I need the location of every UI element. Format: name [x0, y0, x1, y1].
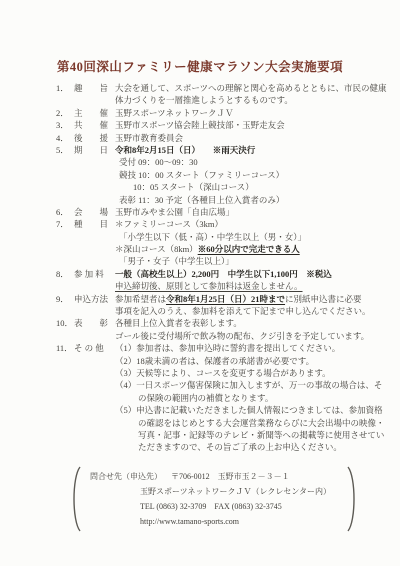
doc-line: 写真・記事・記録等のテレビ・新聞等への掲載等に使用させてい: [56, 429, 400, 441]
other-note-3: （3）天候等により、コースを変更する場合があります。: [115, 367, 331, 379]
contact-box: 問合せ先（申込先）〒706-0012 玉野市玉２－３－１ 玉野スポーツネットワー…: [68, 464, 360, 534]
other-note-5: （5）申込書に記載いただきました個人情報につきましては、参加資格: [115, 404, 383, 416]
item-text: 玉野スポーツネットワークＪＶ: [115, 107, 234, 119]
item-text: 10：05 スタート（深山コース）: [133, 181, 254, 193]
item-8-fee: 8．参 加 料一般（高校生以上）2,200円 中学生以下1,100円 ※税込: [56, 268, 400, 280]
item-label: そ の 他: [74, 342, 108, 354]
item-text: 「小学生以下（低・高）・中学生以上（男・女）」: [119, 231, 306, 243]
item-text: の確認をはじめとする大会運営業務ならびに大会出場中の映像・: [138, 417, 385, 429]
item-label: 会 場: [74, 206, 108, 218]
doc-line: ゴール後に受付場所で飲み物の配布、クジ引きを予定しています。: [56, 330, 400, 342]
item-label: 共 催: [74, 119, 108, 131]
item-number: 1．: [56, 82, 74, 94]
item-label: 参 加 料: [74, 268, 108, 280]
schedule-start-miyama: 10：05 スタート（深山コース）: [56, 181, 400, 193]
item-label: 後 援: [74, 132, 108, 144]
item-number: 9．: [56, 293, 74, 305]
item-4-support: 4．後 援玉野市教育委員会: [56, 132, 400, 144]
item-label: 表 彰: [74, 317, 108, 329]
doc-line: （2）18歳未満の者は、保護者の承諾書が必要です。: [56, 355, 400, 367]
contact-label: 問合せ先（申込先）: [90, 472, 162, 481]
event-date: 令和8年2月15日（日） ※雨天決行: [115, 144, 255, 156]
doc-line: 申込締切後、原則として参加料は返金しません。: [56, 280, 400, 292]
doc-line: 体力づくりを一層推進しようとするものです。: [56, 94, 400, 106]
item-text: 各種目上位入賞者を表彰します。: [115, 317, 242, 329]
contact-url: http://www.tamano-sports.com: [68, 514, 360, 529]
item-number: 10．: [56, 317, 74, 329]
item-text: 受付 09：00～09：30: [119, 156, 198, 168]
application-deadline: 令和8年1月25日（日）21時まで: [166, 293, 285, 305]
left-bracket-decoration: [68, 465, 82, 535]
item-label: 申込方法: [74, 293, 108, 305]
item-label: 主 催: [74, 107, 108, 119]
schedule-awards: 表彰 11：30 予定（各種目上位入賞者のみ）: [56, 194, 400, 206]
item-3-cosponsor: 3．共 催玉野市スポーツ協会陸上競技部・玉野走友会: [56, 119, 400, 131]
item-label: 趣 旨: [74, 82, 108, 94]
item-9-application: 9．申込方法参加希望者は令和8年1月25日（日）21時までに別紙申込書に必要: [56, 293, 400, 305]
item-number: 11．: [56, 342, 74, 354]
item-6-venue: 6．会 場玉野市みやま公園「自由広場」: [56, 206, 400, 218]
right-bracket-decoration: [346, 465, 360, 535]
contact-org: 玉野スポーツネットワークＪＶ（レクレセンター内）: [68, 484, 360, 499]
doc-line: （5）申込書に記載いただきました個人情報につきましては、参加資格: [56, 404, 400, 416]
document-page: 第40回深山ファミリー健康マラソン大会実施要項 1．趣 旨大会を通して、スポーツ…: [0, 0, 400, 566]
item-number: 4．: [56, 132, 74, 144]
doc-line: （3）天候等により、コースを変更する場合があります。: [56, 367, 400, 379]
doc-line: 「男子・女子（中学生以上）」: [56, 255, 400, 267]
item-1-purpose: 1．趣 旨大会を通して、スポーツへの理解と関心を高めるとともに、市民の健康: [56, 82, 400, 94]
item-number: 6．: [56, 206, 74, 218]
doc-line: ただきますので、その旨ご了承の上お申込ください。: [56, 441, 400, 453]
item-text: 表彰 11：30 予定（各種目上位入賞者のみ）: [119, 194, 284, 206]
doc-line: の確認をはじめとする大会運営業務ならびに大会出場中の映像・: [56, 417, 400, 429]
schedule-start-family: 競技 10：00 スタート（ファミリーコース）: [56, 169, 400, 181]
item-text: 競技 10：00 スタート（ファミリーコース）: [119, 169, 284, 181]
item-10-awards: 10．表 彰各種目上位入賞者を表彰します。: [56, 317, 400, 329]
item-5-date: 5．期 日令和8年2月15日（日） ※雨天決行: [56, 144, 400, 156]
doc-line: 「小学生以下（低・高）・中学生以上（男・女）」: [56, 231, 400, 243]
item-label: 種 目: [74, 218, 108, 230]
item-text: の保険の範囲内の補償となります。: [138, 392, 273, 404]
item-label: 期 日: [74, 144, 108, 156]
item-number: 7．: [56, 218, 74, 230]
item-text: 大会を通して、スポーツへの理解と関心を高めるとともに、市民の健康: [115, 82, 387, 94]
no-refund-note: 申込締切後、原則として参加料は返金しません。: [115, 280, 303, 292]
item-text: ＊ファミリーコース（3km）: [115, 218, 223, 230]
item-number: 2．: [56, 107, 74, 119]
item-7-events: 7．種 目＊ファミリーコース（3km）: [56, 218, 400, 230]
schedule-reception: 受付 09：00～09：30: [56, 156, 400, 168]
doc-line: （4）一日スポーツ傷害保険に加入しますが、万一の事故の場合は、そ: [56, 379, 400, 391]
item-text: 体力づくりを一層推進しようとするものです。: [115, 94, 293, 106]
other-note-2: （2）18歳未満の者は、保護者の承諾書が必要です。: [115, 355, 314, 367]
item-text: ゴール後に受付場所で飲み物の配布、クジ引きを予定しています。: [115, 330, 369, 342]
page-title: 第40回深山ファミリー健康マラソン大会実施要項: [56, 57, 344, 75]
item-text: に別紙申込書に必要: [285, 293, 362, 305]
item-number: 8．: [56, 268, 74, 280]
doc-line: の保険の範囲内の補償となります。: [56, 392, 400, 404]
item-text: 参加希望者は: [115, 293, 166, 305]
doc-line: 事項を記入のうえ、参加料を添えて下記まで申し込んでください。: [56, 305, 400, 317]
other-note-4: （4）一日スポーツ傷害保険に加入しますが、万一の事故の場合は、そ: [115, 379, 382, 391]
item-text: 玉野市スポーツ協会陸上競技部・玉野走友会: [115, 119, 285, 131]
item-2-organizer: 2．主 催玉野スポーツネットワークＪＶ: [56, 107, 400, 119]
fee-amounts: 一般（高校生以上）2,200円 中学生以下1,100円 ※税込: [115, 268, 332, 280]
item-text: 事項を記入のうえ、参加料を添えて下記まで申し込んでください。: [115, 305, 371, 317]
contact-line: 問合せ先（申込先）〒706-0012 玉野市玉２－３－１: [68, 469, 360, 484]
item-number: 5．: [56, 144, 74, 156]
doc-line: ＊深山コース（8km）※60分以内で完走できる人: [56, 243, 400, 255]
item-text: 玉野市みやま公園「自由広場」: [115, 206, 234, 218]
item-text: 玉野市教育委員会: [115, 132, 183, 144]
time-limit-note: ※60分以内で完走できる人: [198, 243, 300, 255]
contact-tel-fax: TEL (0863) 32-3709 FAX (0863) 32-3745: [68, 499, 360, 514]
other-note-1: （1）参加者は、参加申込時に誓約書を提出してください。: [115, 342, 340, 354]
item-text: ただきますので、その旨ご了承の上お申込ください。: [138, 441, 342, 453]
item-11-other: 11．そ の 他（1）参加者は、参加申込時に誓約書を提出してください。: [56, 342, 400, 354]
item-text: 「男子・女子（中学生以上）」: [119, 255, 234, 267]
item-text: ＊深山コース（8km）: [115, 243, 198, 255]
item-text: 写真・記事・記録等のテレビ・新聞等への掲載等に使用させてい: [138, 429, 384, 441]
contact-address: 〒706-0012 玉野市玉２－３－１: [171, 472, 290, 481]
item-number: 3．: [56, 119, 74, 131]
